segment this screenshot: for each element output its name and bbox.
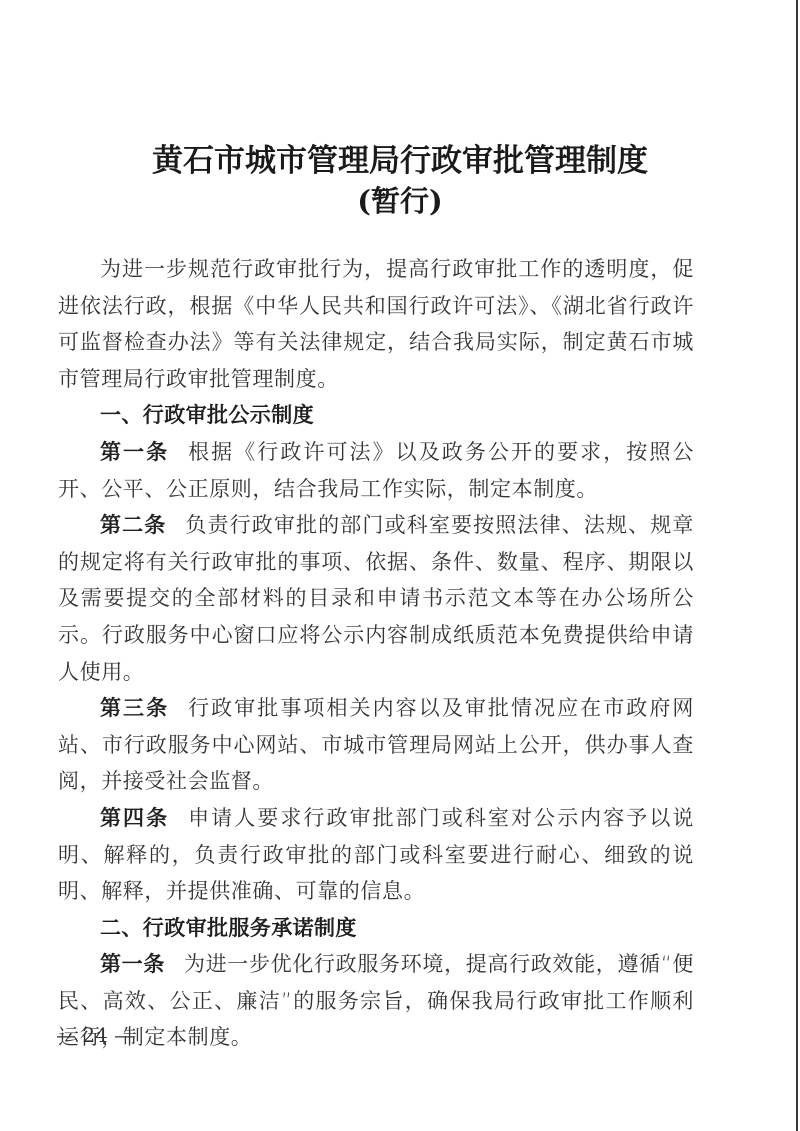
section-heading-1: 一、行政审批公示制度	[58, 397, 694, 434]
page-number: — 24 —	[56, 1023, 134, 1047]
article-label: 第一条	[100, 952, 165, 976]
article-1-4: 第四条申请人要求行政审批部门或科室对公示内容予以说明、解释的，负责行政审批的部门…	[58, 800, 694, 910]
article-1-3: 第三条行政审批事项相关内容以及审批情况应在市政府网站、市行政服务中心网站、市城市…	[58, 690, 694, 800]
article-label: 第三条	[100, 696, 169, 720]
article-label: 第二条	[100, 513, 166, 537]
article-1-1: 第一条根据《行政许可法》以及政务公开的要求，按照公开、公平、公正原则，结合我局工…	[58, 434, 694, 507]
article-text: 负责行政审批的部门或科室要按照法律、法规、规章的规定将有关行政审批的事项、依据、…	[58, 513, 694, 683]
section-heading-2: 二、行政审批服务承诺制度	[58, 910, 694, 947]
article-1-2: 第二条负责行政审批的部门或科室要按照法律、法规、规章的规定将有关行政审批的事项、…	[58, 507, 694, 690]
article-2-1: 第一条为进一步优化行政服务环境，提高行政效能，遵循“便民、高效、公正、廉洁”的服…	[58, 946, 694, 1056]
document-body: 为进一步规范行政审批行为，提高行政审批工作的透明度，促进依法行政，根据《中华人民…	[58, 251, 694, 1056]
document-subtitle: (暂行)	[0, 181, 800, 221]
article-label: 第四条	[100, 806, 169, 830]
document-title: 黄石市城市管理局行政审批管理制度	[0, 141, 800, 181]
intro-paragraph: 为进一步规范行政审批行为，提高行政审批工作的透明度，促进依法行政，根据《中华人民…	[58, 251, 694, 397]
article-label: 第一条	[100, 440, 169, 464]
